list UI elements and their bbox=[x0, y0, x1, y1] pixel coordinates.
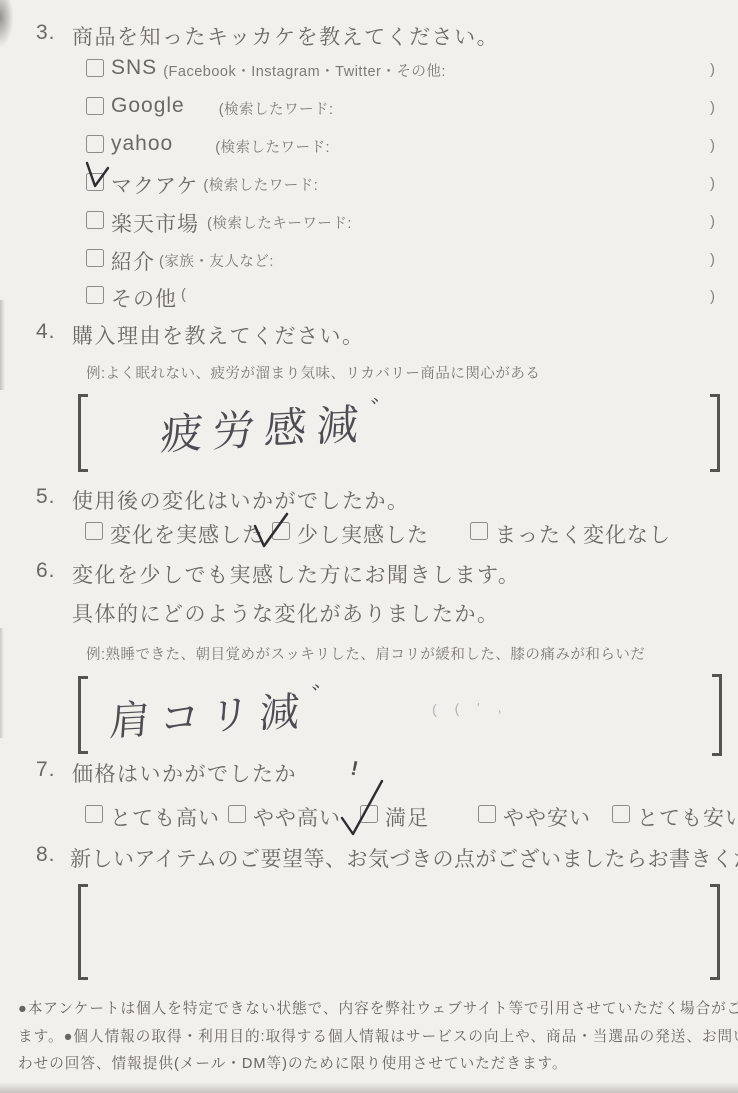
option-label: SNS bbox=[111, 56, 157, 80]
q5-option-no-change: まったく変化なし bbox=[470, 519, 671, 549]
close-paren: ) bbox=[710, 137, 715, 154]
option-label: その他 bbox=[111, 283, 177, 313]
q7-title: 価格はいかがでしたか bbox=[72, 758, 297, 788]
option-label: とても高い bbox=[110, 802, 220, 832]
q7-number: 7. bbox=[36, 758, 56, 782]
q8-title: 新しいアイテムのご要望等、お気づきの点がございましたらお書きください。 bbox=[70, 843, 738, 873]
q6-number: 6. bbox=[36, 559, 56, 583]
checkbox-no-change bbox=[470, 522, 488, 540]
answer-bracket-right bbox=[710, 884, 720, 980]
checkbox-very-expensive bbox=[85, 805, 103, 823]
close-paren: ) bbox=[710, 213, 715, 230]
scan-smudge-left-edge bbox=[0, 628, 4, 738]
option-label: 少し実感した bbox=[297, 519, 429, 549]
checkmark-satisfied-handwritten bbox=[334, 776, 388, 838]
checkbox-felt-change bbox=[85, 522, 103, 540]
close-paren: ) bbox=[710, 175, 715, 192]
scan-shadow-bottom-edge bbox=[0, 1082, 738, 1093]
option-label: Google bbox=[111, 94, 185, 118]
option-label: とても安い bbox=[637, 802, 738, 832]
footer-notice-line3: わせの回答、情報提供(メール・DM等)のために限り使用させていただきます。 bbox=[18, 1052, 568, 1073]
answer-bracket-left bbox=[78, 676, 88, 754]
q4-example: 例:よく眠れない、疲労が溜まり気味、リカバリー商品に関心がある bbox=[86, 362, 540, 383]
footer-notice-line1: ●本アンケートは個人を特定できない状態で、内容を弊社ウェブサイト等で引用させてい… bbox=[18, 997, 738, 1018]
option-label: yahoo bbox=[111, 132, 173, 156]
checkbox-sns bbox=[86, 59, 104, 77]
option-label: 満足 bbox=[385, 802, 429, 832]
q5-option-felt-slightly: 少し実感した bbox=[272, 519, 429, 549]
checkbox-somewhat-expensive bbox=[228, 805, 246, 823]
option-label: やや高い bbox=[253, 802, 341, 832]
q6-title-line1: 変化を少しでも実感した方にお聞きします。 bbox=[72, 559, 520, 589]
option-note: (検索したワード: bbox=[219, 98, 334, 119]
q3-option-yahoo: yahoo (検索したワード: bbox=[86, 132, 330, 157]
option-label: マクアケ bbox=[111, 170, 198, 200]
q3-option-google: Google (検索したワード: bbox=[86, 94, 334, 119]
q4-title: 購入理由を教えてください。 bbox=[72, 320, 365, 350]
scan-smudge-left-edge bbox=[0, 300, 5, 390]
checkmark-felt-slightly-handwritten bbox=[249, 508, 291, 550]
close-paren: ) bbox=[710, 61, 715, 78]
option-label: 変化を実感した bbox=[110, 519, 264, 549]
option-label: まったく変化なし bbox=[495, 519, 671, 549]
q3-option-other: その他 ( bbox=[86, 283, 186, 313]
q7-option-somewhat-cheap: やや安い bbox=[478, 802, 591, 832]
option-label: 紹介 bbox=[111, 246, 155, 276]
answer-bracket-left bbox=[78, 884, 88, 980]
q3-number: 3. bbox=[36, 21, 56, 45]
q3-option-referral: 紹介 (家族・友人など: bbox=[86, 246, 274, 276]
handwritten-accent: ゛ bbox=[309, 681, 337, 713]
q6-example: 例:熟睡できた、朝目覚めがスッキリした、肩コリが緩和した、膝の痛みが和らいだ bbox=[86, 643, 645, 664]
checkmark-makuake-handwritten bbox=[82, 158, 112, 192]
answer-bracket-right bbox=[712, 674, 722, 756]
option-note: (検索したキーワード: bbox=[207, 212, 352, 233]
checkbox-very-cheap bbox=[612, 805, 630, 823]
q7-option-somewhat-expensive: やや高い bbox=[228, 802, 341, 832]
close-paren: ) bbox=[710, 251, 715, 268]
checkbox-google bbox=[86, 97, 104, 115]
answer-bracket-left bbox=[78, 394, 88, 472]
option-label: 楽天市場 bbox=[111, 208, 199, 238]
q5-title: 使用後の変化はいかがでしたか。 bbox=[72, 485, 410, 515]
option-note: ( bbox=[181, 287, 186, 303]
checkbox-somewhat-cheap bbox=[478, 805, 496, 823]
checkbox-other bbox=[86, 286, 104, 304]
footer-notice-line2: ます。●個人情報の取得・利用目的:取得する個人情報はサービスの向上や、商品・当選… bbox=[18, 1025, 738, 1046]
checkbox-rakuten bbox=[86, 211, 104, 229]
q5-option-felt-change: 変化を実感した bbox=[85, 519, 264, 549]
scanned-survey-page: 3. 商品を知ったキッカケを教えてください。 SNS (Facebook・Ins… bbox=[0, 0, 738, 1093]
q6-handwritten-answer: 肩コリ減゛ bbox=[108, 676, 338, 747]
checkbox-referral bbox=[86, 249, 104, 267]
option-note: (検索したワード: bbox=[203, 174, 318, 195]
q3-option-sns: SNS (Facebook・Instagram・Twitter・その他: bbox=[86, 56, 446, 81]
option-note: (検索したワード: bbox=[215, 136, 330, 157]
q3-option-makuake: マクアケ (検索したワード: bbox=[86, 170, 318, 200]
handwritten-accent: ゛ bbox=[368, 395, 396, 427]
q7-option-very-cheap: とても安い bbox=[612, 802, 738, 832]
q6-title-line2: 具体的にどのような変化がありましたか。 bbox=[72, 598, 500, 628]
scan-shadow-top-left bbox=[0, 0, 16, 70]
option-note: (家族・友人など: bbox=[159, 250, 274, 271]
q3-title: 商品を知ったキッカケを教えてください。 bbox=[72, 21, 499, 51]
q7-option-very-expensive: とても高い bbox=[85, 802, 220, 832]
q4-handwritten-answer: 疲労感減゛ bbox=[159, 390, 397, 463]
q5-number: 5. bbox=[36, 485, 56, 509]
option-note: (Facebook・Instagram・Twitter・その他: bbox=[163, 60, 446, 81]
close-paren: ) bbox=[710, 99, 715, 116]
q8-number: 8. bbox=[36, 843, 56, 867]
option-label: やや安い bbox=[503, 802, 591, 832]
faint-pen-marks: ( ( ′ , bbox=[432, 699, 509, 718]
q4-number: 4. bbox=[36, 320, 56, 344]
answer-bracket-right bbox=[710, 394, 720, 472]
close-paren: ) bbox=[710, 288, 715, 305]
q3-option-rakuten: 楽天市場 (検索したキーワード: bbox=[86, 208, 352, 238]
checkbox-yahoo bbox=[86, 135, 104, 153]
